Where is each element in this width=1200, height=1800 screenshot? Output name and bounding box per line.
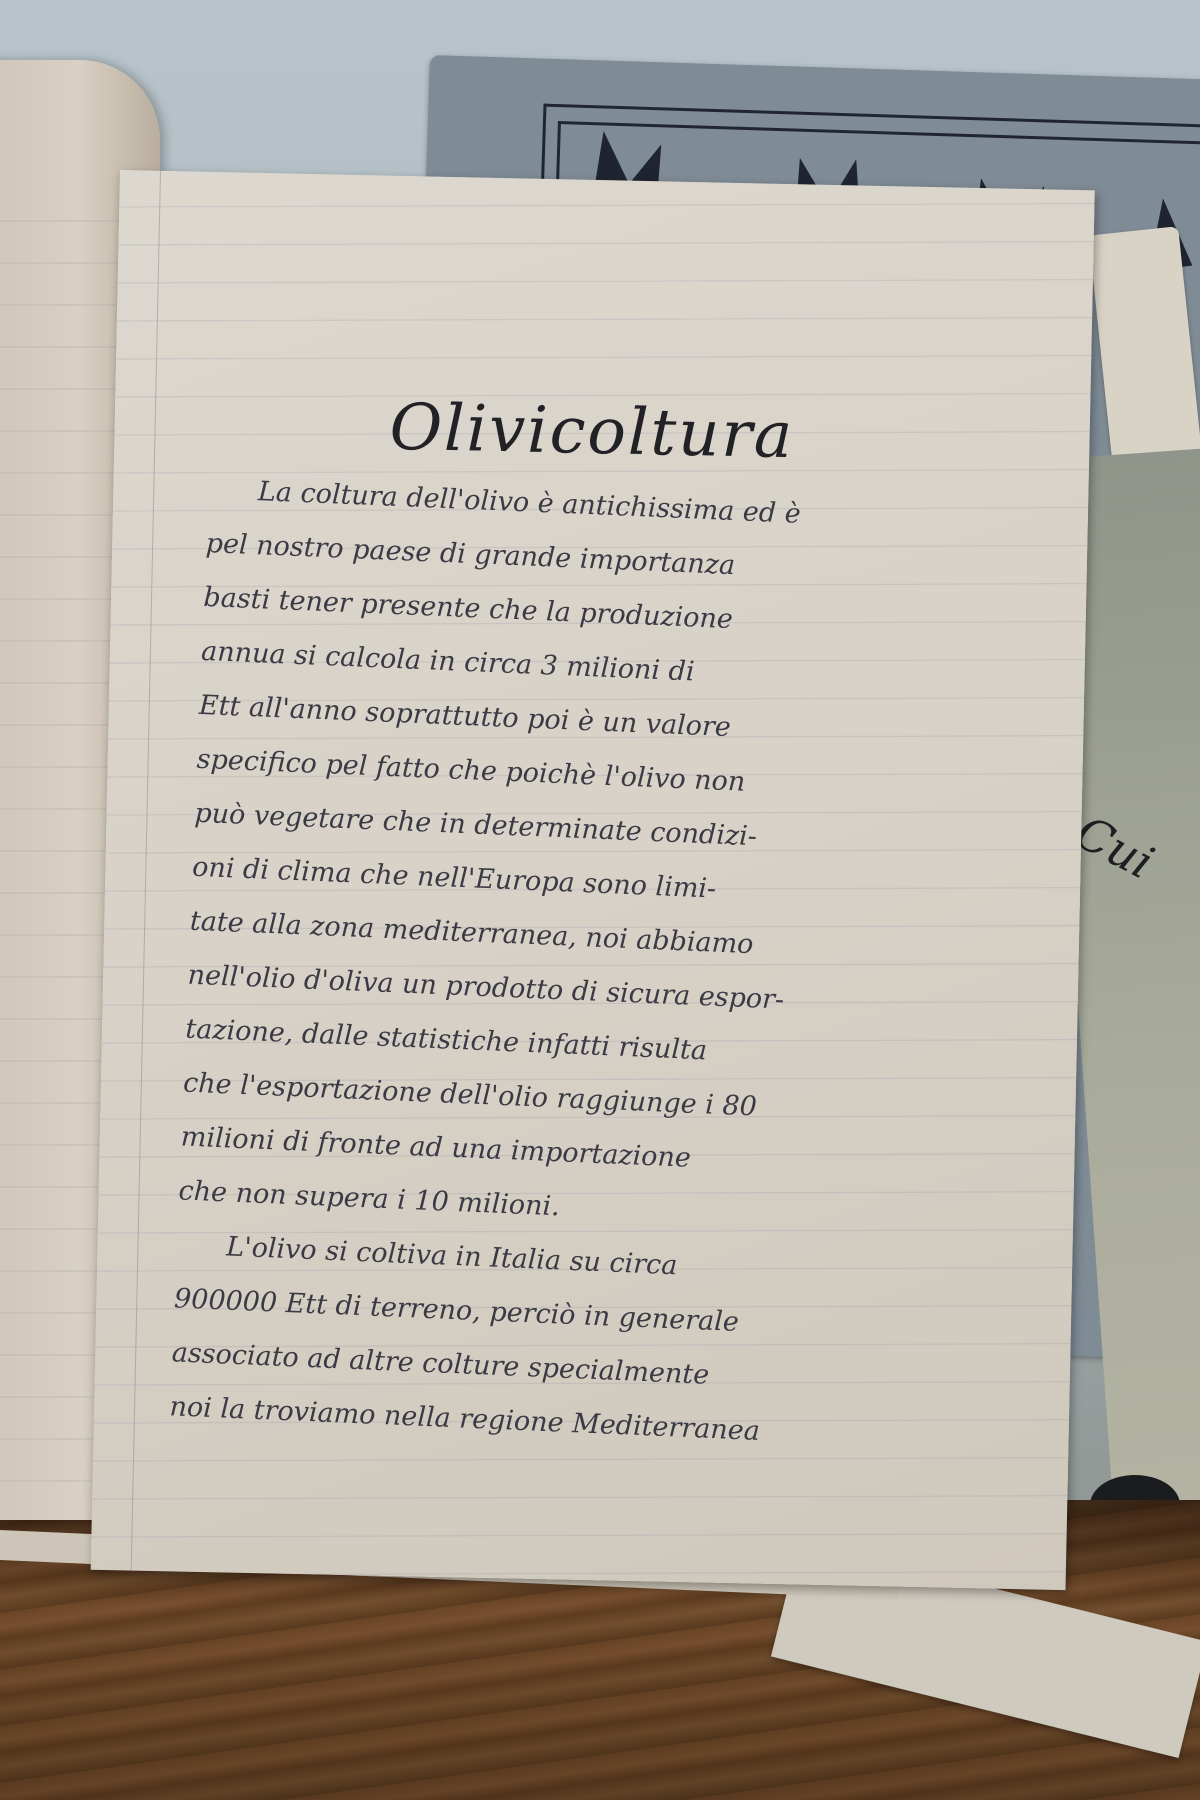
handwritten-text: La coltura dell'olivo è antichissima ed … [168,463,1068,1470]
page-title: Olivicoltura [389,391,795,473]
notebook-right-page: Olivicoltura La coltura dell'olivo è ant… [91,170,1095,1590]
